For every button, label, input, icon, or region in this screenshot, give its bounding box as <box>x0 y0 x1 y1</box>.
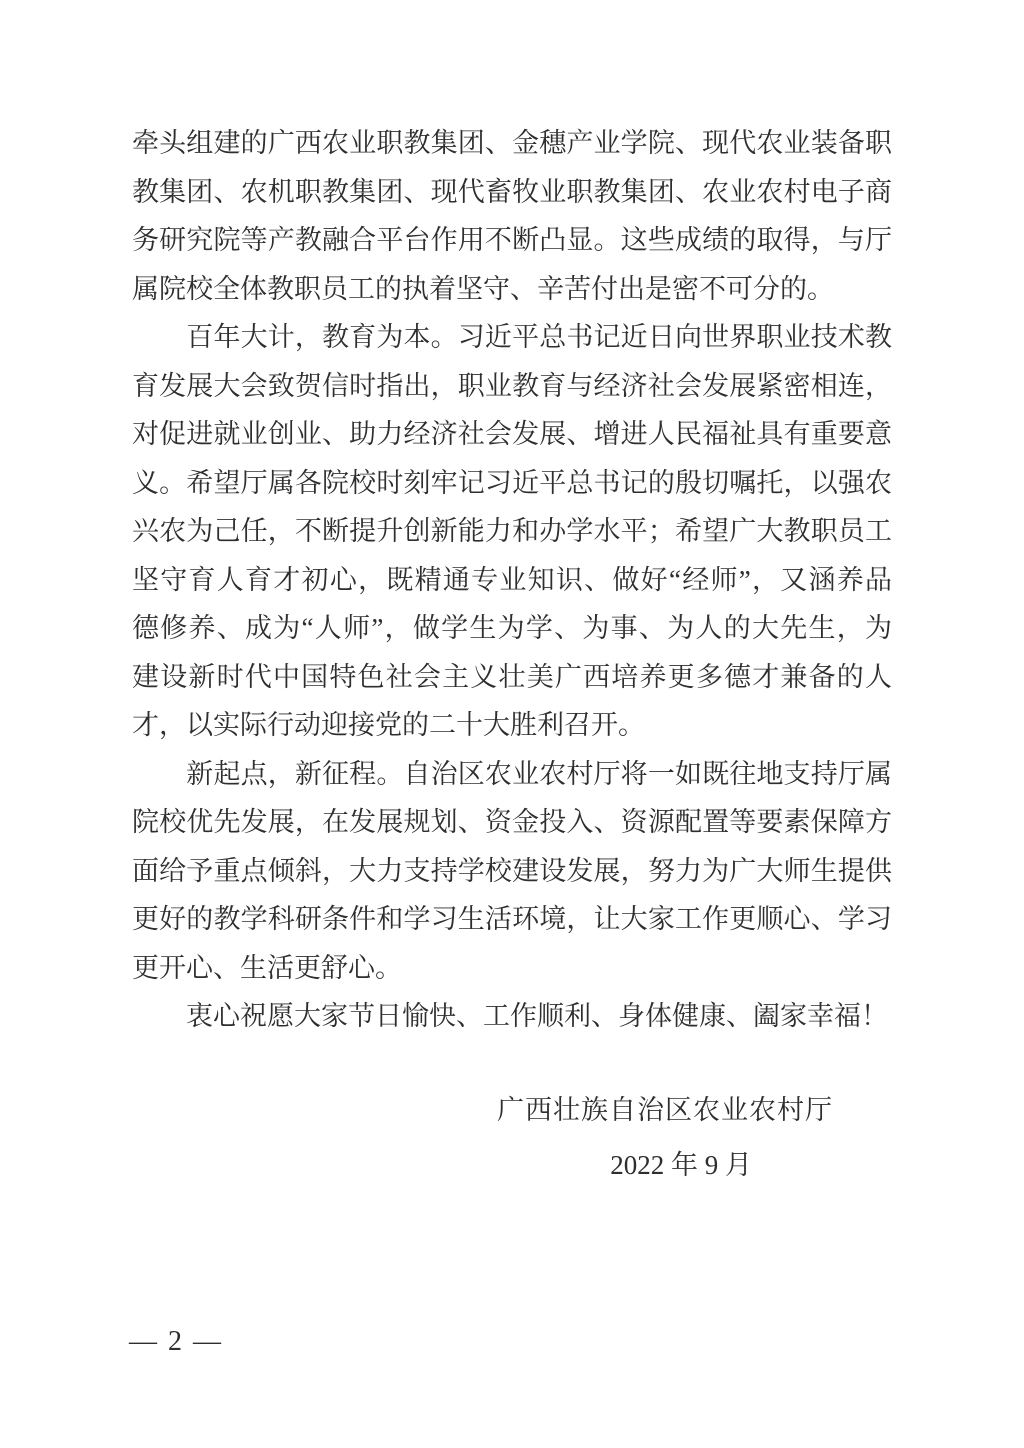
text-line: 德修养、成为“人师”，做学生为学、为事、为人的大先生，为 <box>132 604 892 653</box>
signature-date: 2022 年 9 月 <box>132 1141 892 1190</box>
scanned-letter-page: 牵头组建的广西农业职教集团、金穗产业学院、现代农业装备职教集团、农机职教集团、现… <box>0 0 1024 1448</box>
text-line: 百年大计，教育为本。习近平总书记近日向世界职业技术教 <box>132 313 892 362</box>
text-line: 面给予重点倾斜，大力支持学校建设发展，努力为广大师生提供 <box>132 847 892 896</box>
text-line: 兴农为己任，不断提升创新能力和办学水平；希望广大教职员工 <box>132 507 892 556</box>
document-body: 牵头组建的广西农业职教集团、金穗产业学院、现代农业装备职教集团、农机职教集团、现… <box>132 119 892 1190</box>
text-line: 属院校全体教职员工的执着坚守、辛苦付出是密不可分的。 <box>132 265 892 314</box>
text-line: 衷心祝愿大家节日愉快、工作顺利、身体健康、阖家幸福！ <box>132 992 892 1041</box>
text-line: 更开心、生活更舒心。 <box>132 944 892 993</box>
text-line: 新起点，新征程。自治区农业农村厅将一如既往地支持厅属 <box>132 750 892 799</box>
text-line: 务研究院等产教融合平台作用不断凸显。这些成绩的取得，与厅 <box>132 216 892 265</box>
signature-organization: 广西壮族自治区农业农村厅 <box>132 1086 892 1135</box>
text-line: 建设新时代中国特色社会主义壮美广西培养更多德才兼备的人 <box>132 653 892 702</box>
text-line: 才，以实际行动迎接党的二十大胜利召开。 <box>132 701 892 750</box>
text-line: 更好的教学科研条件和学习生活环境，让大家工作更顺心、学习 <box>132 895 892 944</box>
text-line: 教集团、农机职教集团、现代畜牧业职教集团、农业农村电子商 <box>132 168 892 217</box>
body-paragraphs: 牵头组建的广西农业职教集团、金穗产业学院、现代农业装备职教集团、农机职教集团、现… <box>132 119 892 1041</box>
text-line: 牵头组建的广西农业职教集团、金穗产业学院、现代农业装备职 <box>132 119 892 168</box>
text-line: 坚守育人育才初心，既精通专业知识、做好“经师”，又涵养品 <box>132 556 892 605</box>
text-line: 义。希望厅属各院校时刻牢记习近平总书记的殷切嘱托，以强农 <box>132 459 892 508</box>
page-number: — 2 — <box>129 1326 221 1358</box>
text-line: 院校优先发展，在发展规划、资金投入、资源配置等要素保障方 <box>132 798 892 847</box>
text-line: 对促进就业创业、助力经济社会发展、增进人民福祉具有重要意 <box>132 410 892 459</box>
text-line: 育发展大会致贺信时指出，职业教育与经济社会发展紧密相连， <box>132 362 892 411</box>
